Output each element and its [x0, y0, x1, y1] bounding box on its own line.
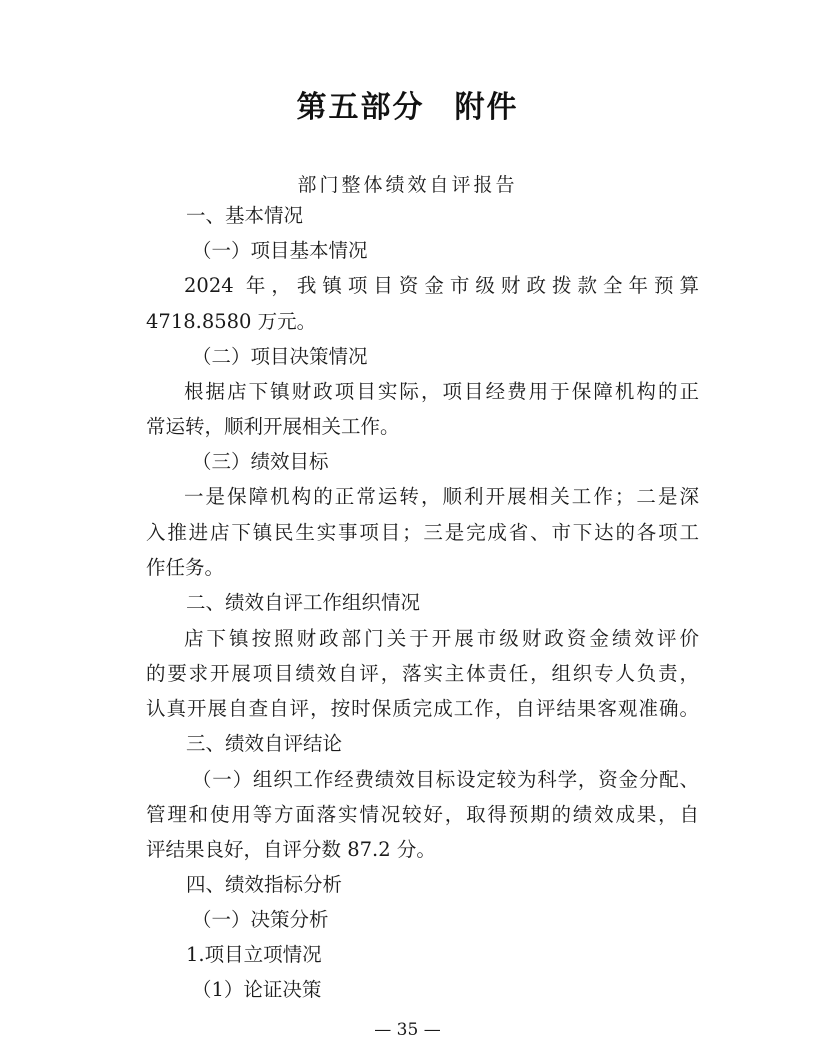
paragraph-line: （一）组织工作经费绩效目标设定较为科学，资金分配、 — [192, 768, 699, 792]
subheading-decision-analysis: （一）决策分析 — [192, 908, 329, 932]
subheading-project-approval: 1.项目立项情况 — [186, 943, 322, 967]
heading-self-eval-conclusion: 三、绩效自评结论 — [186, 732, 342, 756]
heading-indicator-analysis: 四、绩效指标分析 — [186, 873, 342, 897]
heading-basic-info: 一、基本情况 — [186, 204, 303, 228]
subheading-project-basic: （一）项目基本情况 — [192, 239, 368, 263]
paragraph-line: 一是保障机构的正常运转，顺利开展相关工作；二是深 — [184, 485, 699, 509]
subheading-performance-goal: （三）绩效目标 — [192, 450, 329, 474]
paragraph-line: 入推进店下镇民生实事项目；三是完成省、市下达的各项工 — [146, 521, 699, 545]
paragraph-line: 认真开展自查自评，按时保质完成工作，自评结果客观准确。 — [146, 697, 699, 721]
report-subtitle: 部门整体绩效自评报告 — [0, 170, 815, 197]
paragraph-line: 根据店下镇财政项目实际，项目经费用于保障机构的正 — [184, 380, 699, 404]
paragraph-line: 常运转，顺利开展相关工作。 — [146, 415, 400, 439]
heading-self-eval-org: 二、绩效自评工作组织情况 — [186, 591, 420, 615]
paragraph-line: 2024 年，我镇项目资金市级财政拨款全年预算 — [184, 274, 699, 298]
title-part-section: 第五部分 — [297, 90, 425, 125]
paragraph-line: 4718.8580 万元。 — [146, 310, 316, 334]
page-title: 第五部分附件 — [0, 82, 815, 126]
subheading-argument-decision: （1）论证决策 — [192, 978, 321, 1002]
paragraph-line: 的要求开展项目绩效自评，落实主体责任，组织专人负责， — [146, 662, 699, 686]
subheading-project-decision: （二）项目决策情况 — [192, 345, 368, 369]
paragraph-line: 管理和使用等方面落实情况较好，取得预期的绩效成果，自 — [146, 803, 699, 827]
title-part-appendix: 附件 — [455, 90, 519, 125]
paragraph-line: 评结果良好，自评分数 87.2 分。 — [146, 838, 436, 862]
paragraph-line: 店下镇按照财政部门关于开展市级财政资金绩效评价 — [184, 627, 699, 651]
paragraph-line: 作任务。 — [146, 556, 224, 580]
page-number: — 35 — — [0, 1020, 815, 1040]
